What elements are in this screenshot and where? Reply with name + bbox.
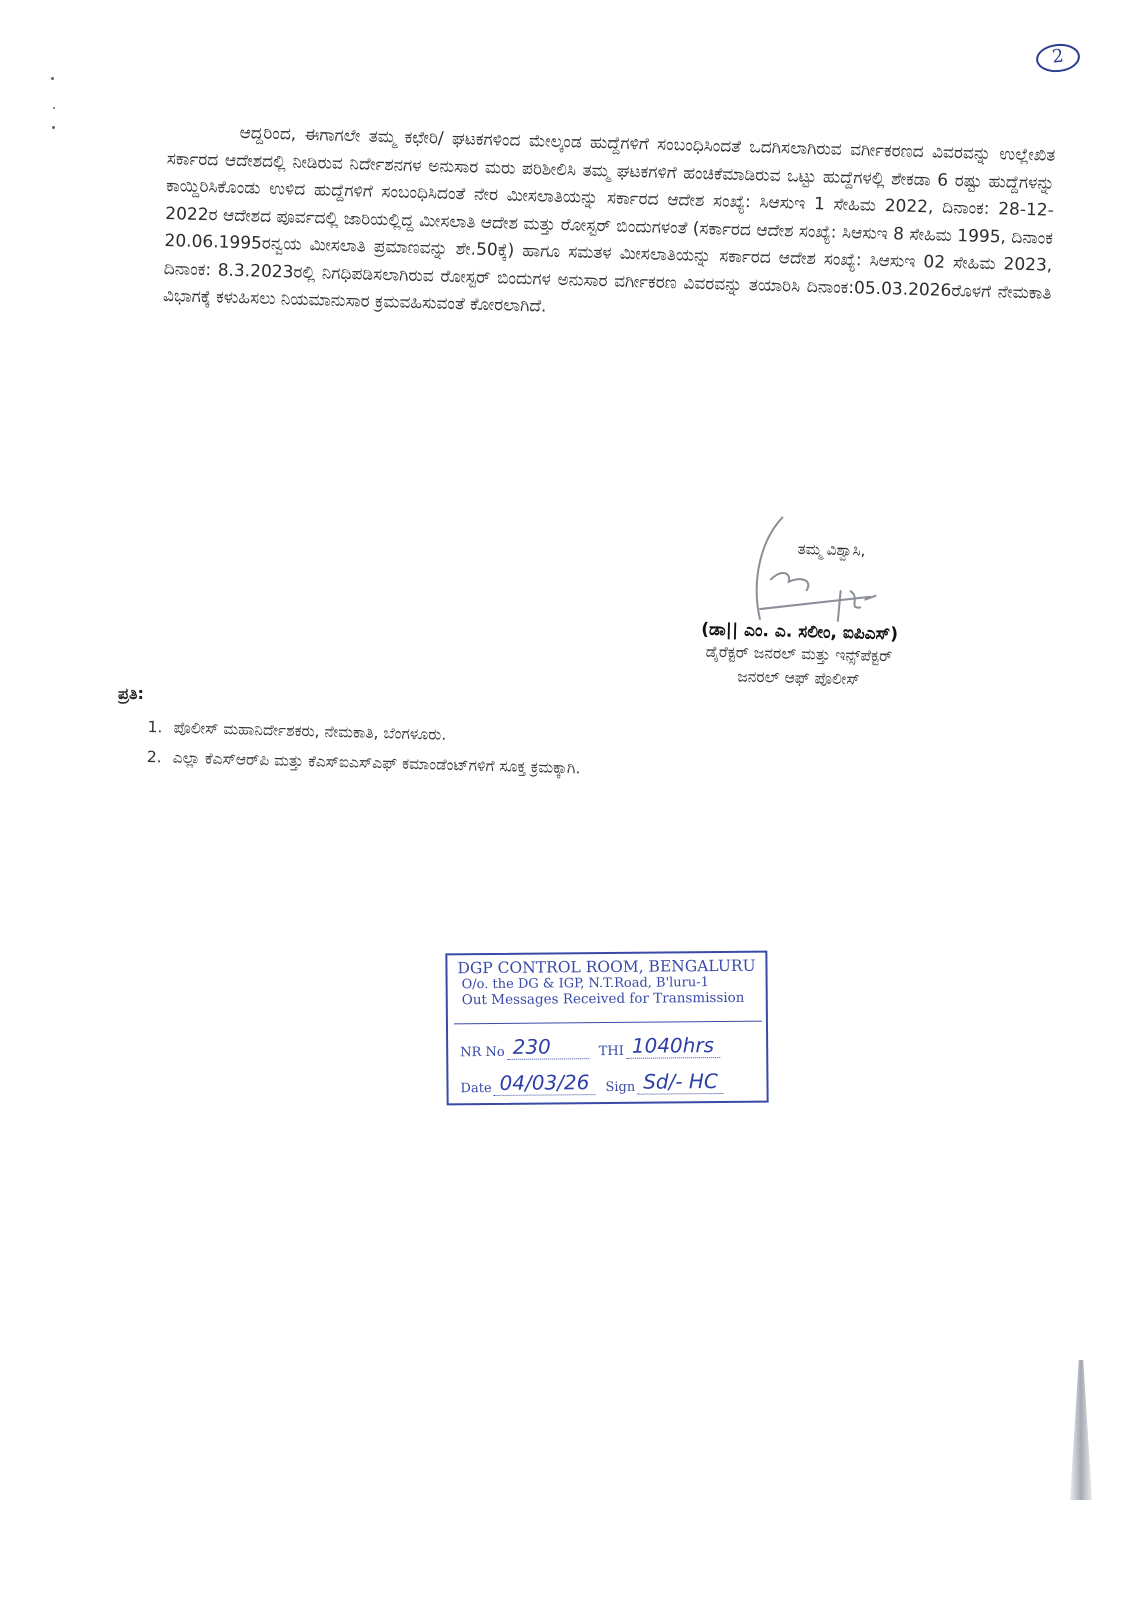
nr-value: 230 — [507, 1034, 589, 1060]
stamp-purpose: Out Messages Received for Transmission — [448, 990, 766, 1009]
copy-item-number: 2. — [146, 742, 173, 773]
thi-label: THI — [599, 1044, 624, 1059]
body-paragraph: ಆದ್ದರಿಂದ, ಈಗಾಗಲೇ ತಮ್ಮ ಕಛೇರಿ/ ಘಟಕಗಳಿಂದ ಮೇ… — [163, 118, 1056, 335]
stamp-title: DGP CONTROL ROOM, BENGALURU — [447, 953, 765, 978]
signature-scribble-icon — [720, 508, 883, 632]
stamp-row-nr: NR No 230 THI 1040hrs — [454, 1022, 762, 1061]
scan-speck — [52, 126, 55, 129]
signature-block: ತಮ್ಮ ವಿಶ್ವಾಸಿ, (ಡಾ|| ಎಂ. ಎ. ಸಲೀಂ, ಐಪಿಎಸ್… — [608, 535, 992, 694]
copy-to-list: 1. ಪೊಲೀಸ್ ಮಹಾನಿರ್ದೇಶಕರು, ನೇಮಕಾತಿ, ಬೆಂಗಳೂ… — [146, 712, 947, 793]
thi-value: 1040hrs — [626, 1033, 720, 1059]
date-label: Date — [460, 1081, 491, 1096]
page-number: 2 — [1035, 42, 1082, 74]
sign-label: Sign — [605, 1080, 635, 1095]
scan-speck — [51, 77, 54, 80]
sign-value: Sd/- HC — [637, 1069, 724, 1095]
copy-to-label: ಪ್ರತಿ: — [118, 684, 144, 704]
stamp-row-date: Date 04/03/26 Sign Sd/- HC — [454, 1058, 762, 1097]
control-room-stamp: DGP CONTROL ROOM, BENGALURU O/o. the DG … — [445, 951, 768, 1106]
date-value: 04/03/26 — [493, 1070, 595, 1096]
letter-body: ಆದ್ದರಿಂದ, ಈಗಾಗಲೇ ತಮ್ಮ ಕಛೇರಿ/ ಘಟಕಗಳಿಂದ ಮೇ… — [163, 118, 1056, 335]
nr-label: NR No — [460, 1045, 505, 1060]
scan-artifact — [1070, 1360, 1092, 1500]
stamp-fields: NR No 230 THI 1040hrs Date 04/03/26 Sign… — [454, 1021, 763, 1098]
scan-speck — [53, 107, 55, 109]
copy-item-number: 1. — [147, 712, 174, 743]
